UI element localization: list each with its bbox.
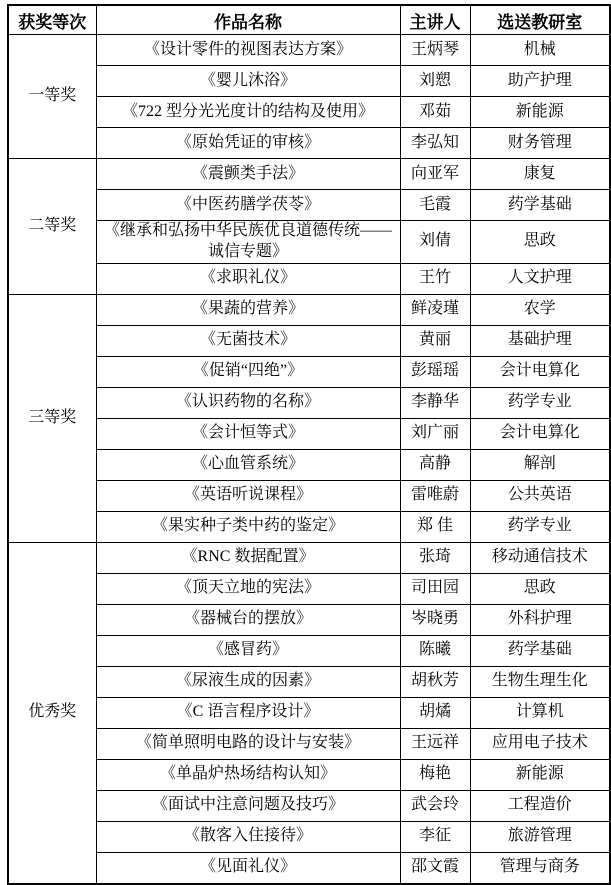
- table-row: 《见面礼仪》邵文霞管理与商务: [8, 852, 610, 884]
- speaker-cell: 雷唯蔚: [400, 480, 470, 511]
- table-row: 《果实种子类中药的鉴定》郑 佳药学专业: [8, 511, 610, 542]
- department-cell: 工程造价: [470, 790, 610, 821]
- table-row: 《散客入住接待》李征旅游管理: [8, 821, 610, 852]
- department-cell: 药学专业: [470, 511, 610, 542]
- work-title-cell: 《感冒药》: [96, 635, 400, 666]
- work-title-cell: 《婴儿沐浴》: [96, 66, 400, 97]
- work-title-cell: 《求职礼仪》: [96, 263, 400, 294]
- speaker-cell: 刘广丽: [400, 418, 470, 449]
- table-row: 《感冒药》陈曦药学基础: [8, 635, 610, 666]
- department-cell: 会计电算化: [470, 356, 610, 387]
- speaker-cell: 王远祥: [400, 728, 470, 759]
- work-title-cell: 《设计零件的视图表达方案》: [96, 35, 400, 66]
- table-row: 《C 语言程序设计》胡燏计算机: [8, 697, 610, 728]
- speaker-cell: 向亚军: [400, 159, 470, 190]
- table-row: 优秀奖《RNC 数据配置》张琦移动通信技术: [8, 542, 610, 573]
- work-title-cell: 《面试中注意问题及技巧》: [96, 790, 400, 821]
- speaker-cell: 王炳琴: [400, 35, 470, 66]
- table-row: 《顶天立地的宪法》司田园思政: [8, 573, 610, 604]
- table-row: 《面试中注意问题及技巧》武会玲工程造价: [8, 790, 610, 821]
- table-row: 《简单照明电路的设计与安装》王远祥应用电子技术: [8, 728, 610, 759]
- speaker-cell: 胡燏: [400, 697, 470, 728]
- speaker-cell: 李征: [400, 821, 470, 852]
- speaker-cell: 陈曦: [400, 635, 470, 666]
- speaker-cell: 岑晓勇: [400, 604, 470, 635]
- table-row: 《认识药物的名称》李静华药学专业: [8, 387, 610, 418]
- speaker-cell: 张琦: [400, 542, 470, 573]
- speaker-cell: 李静华: [400, 387, 470, 418]
- department-cell: 药学基础: [470, 190, 610, 221]
- work-title-cell: 《散客入住接待》: [96, 821, 400, 852]
- department-cell: 新能源: [470, 97, 610, 128]
- column-header-award-level: 获奖等次: [8, 5, 96, 35]
- department-cell: 农学: [470, 294, 610, 325]
- work-title-cell: 《722 型分光光度计的结构及使用》: [96, 97, 400, 128]
- table-row: 《722 型分光光度计的结构及使用》邓茹新能源: [8, 97, 610, 128]
- table-row: 《继承和弘扬中华民族优良道德传统——诚信专题》刘倩思政: [8, 221, 610, 264]
- speaker-cell: 邵文霞: [400, 852, 470, 884]
- award-level-cell: 二等奖: [8, 159, 96, 295]
- header-row: 获奖等次 作品名称 主讲人 选送教研室: [8, 5, 610, 35]
- speaker-cell: 王竹: [400, 263, 470, 294]
- department-cell: 思政: [470, 221, 610, 264]
- table-row: 《中医药膳学茯苓》毛霞药学基础: [8, 190, 610, 221]
- table-row: 《婴儿沐浴》刘愬助产护理: [8, 66, 610, 97]
- speaker-cell: 武会玲: [400, 790, 470, 821]
- table-row: 二等奖《震颤类手法》向亚军康复: [8, 159, 610, 190]
- department-cell: 药学基础: [470, 635, 610, 666]
- table-row: 《单晶炉热场结构认知》梅艳新能源: [8, 759, 610, 790]
- department-cell: 会计电算化: [470, 418, 610, 449]
- award-level-cell: 一等奖: [8, 35, 96, 159]
- award-level-cell: 优秀奖: [8, 542, 96, 884]
- speaker-cell: 刘倩: [400, 221, 470, 264]
- department-cell: 新能源: [470, 759, 610, 790]
- speaker-cell: 李弘知: [400, 128, 470, 159]
- work-title-cell: 《认识药物的名称》: [96, 387, 400, 418]
- speaker-cell: 黄丽: [400, 325, 470, 356]
- speaker-cell: 司田园: [400, 573, 470, 604]
- table-row: 《尿液生成的因素》胡秋芳生物生理生化: [8, 666, 610, 697]
- work-title-cell: 《震颤类手法》: [96, 159, 400, 190]
- speaker-cell: 鲜凌瑾: [400, 294, 470, 325]
- table-row: 《英语听说课程》雷唯蔚公共英语: [8, 480, 610, 511]
- award-level-cell: 三等奖: [8, 294, 96, 542]
- speaker-cell: 梅艳: [400, 759, 470, 790]
- work-title-cell: 《原始凭证的审核》: [96, 128, 400, 159]
- department-cell: 药学专业: [470, 387, 610, 418]
- work-title-cell: 《顶天立地的宪法》: [96, 573, 400, 604]
- department-cell: 人文护理: [470, 263, 610, 294]
- table-row: 《器械台的摆放》岑晓勇外科护理: [8, 604, 610, 635]
- table-row: 《无菌技术》黄丽基础护理: [8, 325, 610, 356]
- column-header-work-title: 作品名称: [96, 5, 400, 35]
- work-title-cell: 《继承和弘扬中华民族优良道德传统——诚信专题》: [96, 221, 400, 264]
- speaker-cell: 刘愬: [400, 66, 470, 97]
- table-row: 《促销“四绝”》彭瑶瑶会计电算化: [8, 356, 610, 387]
- speaker-cell: 高静: [400, 449, 470, 480]
- work-title-cell: 《尿液生成的因素》: [96, 666, 400, 697]
- table-row: 《求职礼仪》王竹人文护理: [8, 263, 610, 294]
- column-header-speaker: 主讲人: [400, 5, 470, 35]
- table-row: 三等奖《果蔬的营养》鲜凌瑾农学: [8, 294, 610, 325]
- work-title-cell: 《单晶炉热场结构认知》: [96, 759, 400, 790]
- work-title-cell: 《果蔬的营养》: [96, 294, 400, 325]
- work-title-cell: 《果实种子类中药的鉴定》: [96, 511, 400, 542]
- awards-table: 获奖等次 作品名称 主讲人 选送教研室 一等奖《设计零件的视图表达方案》王炳琴机…: [7, 4, 611, 885]
- department-cell: 机械: [470, 35, 610, 66]
- speaker-cell: 邓茹: [400, 97, 470, 128]
- work-title-cell: 《无菌技术》: [96, 325, 400, 356]
- department-cell: 管理与商务: [470, 852, 610, 884]
- work-title-cell: 《中医药膳学茯苓》: [96, 190, 400, 221]
- department-cell: 思政: [470, 573, 610, 604]
- department-cell: 公共英语: [470, 480, 610, 511]
- department-cell: 计算机: [470, 697, 610, 728]
- department-cell: 康复: [470, 159, 610, 190]
- department-cell: 旅游管理: [470, 821, 610, 852]
- work-title-cell: 《简单照明电路的设计与安装》: [96, 728, 400, 759]
- work-title-cell: 《RNC 数据配置》: [96, 542, 400, 573]
- work-title-cell: 《心血管系统》: [96, 449, 400, 480]
- department-cell: 解剖: [470, 449, 610, 480]
- work-title-cell: 《促销“四绝”》: [96, 356, 400, 387]
- department-cell: 移动通信技术: [470, 542, 610, 573]
- work-title-cell: 《见面礼仪》: [96, 852, 400, 884]
- department-cell: 应用电子技术: [470, 728, 610, 759]
- department-cell: 外科护理: [470, 604, 610, 635]
- department-cell: 财务管理: [470, 128, 610, 159]
- table-row: 一等奖《设计零件的视图表达方案》王炳琴机械: [8, 35, 610, 66]
- table-row: 《原始凭证的审核》李弘知财务管理: [8, 128, 610, 159]
- speaker-cell: 胡秋芳: [400, 666, 470, 697]
- work-title-cell: 《器械台的摆放》: [96, 604, 400, 635]
- work-title-cell: 《C 语言程序设计》: [96, 697, 400, 728]
- table-row: 《会计恒等式》刘广丽会计电算化: [8, 418, 610, 449]
- speaker-cell: 郑 佳: [400, 511, 470, 542]
- department-cell: 基础护理: [470, 325, 610, 356]
- department-cell: 生物生理生化: [470, 666, 610, 697]
- work-title-cell: 《英语听说课程》: [96, 480, 400, 511]
- speaker-cell: 彭瑶瑶: [400, 356, 470, 387]
- department-cell: 助产护理: [470, 66, 610, 97]
- column-header-department: 选送教研室: [470, 5, 610, 35]
- work-title-cell: 《会计恒等式》: [96, 418, 400, 449]
- speaker-cell: 毛霞: [400, 190, 470, 221]
- table-row: 《心血管系统》高静解剖: [8, 449, 610, 480]
